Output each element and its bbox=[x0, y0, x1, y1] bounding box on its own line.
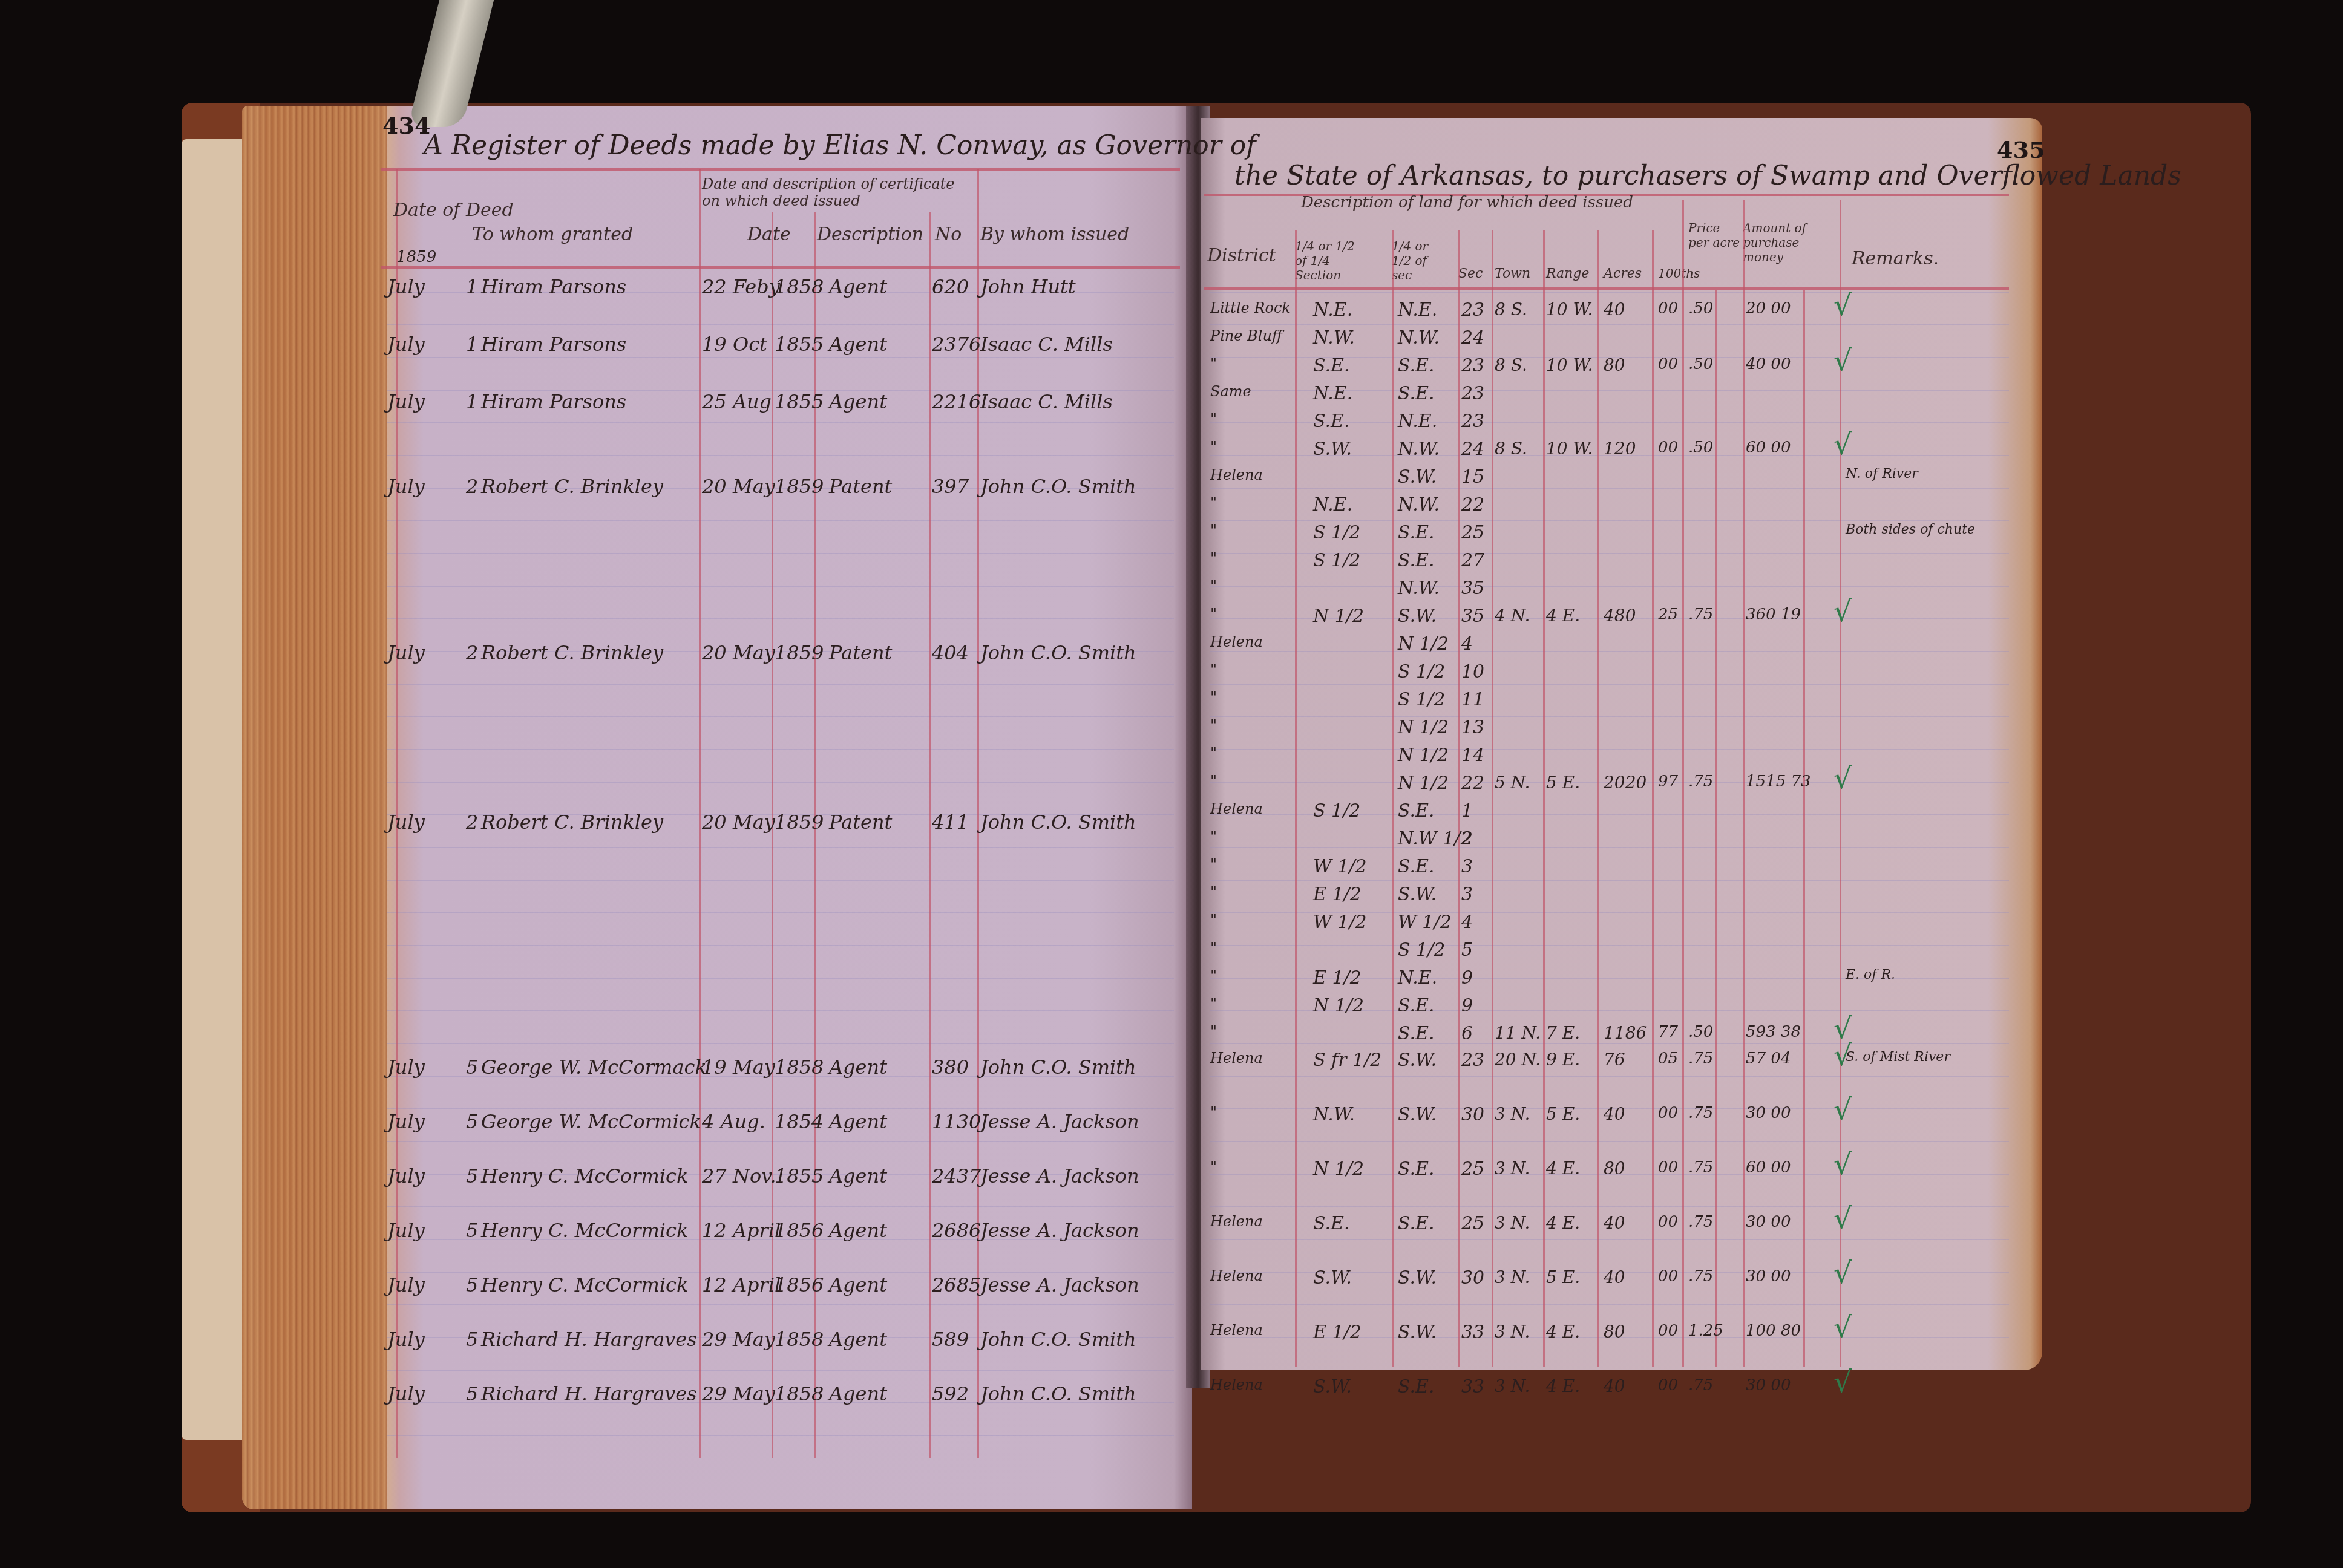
price-per-acre: .75 bbox=[1688, 1213, 1713, 1231]
col-line bbox=[1458, 230, 1460, 1367]
range: 5 E. bbox=[1546, 1104, 1580, 1124]
acres: 40 bbox=[1604, 1267, 1625, 1287]
cert-description: Agent bbox=[829, 1165, 887, 1187]
grantee-name: Hiram Parsons bbox=[481, 390, 626, 413]
deed-day: 5 bbox=[466, 1165, 478, 1187]
district: " bbox=[1210, 494, 1217, 511]
district: " bbox=[1210, 439, 1217, 456]
acres: 1186 bbox=[1604, 1023, 1647, 1043]
cert-number: 2376 bbox=[932, 333, 981, 356]
district: " bbox=[1210, 967, 1217, 984]
quarter-section: N.E. bbox=[1313, 299, 1352, 321]
deed-day: 5 bbox=[466, 1382, 478, 1405]
district: " bbox=[1210, 939, 1217, 956]
quarter-section: N.W. bbox=[1313, 327, 1355, 348]
deed-month: July bbox=[387, 641, 425, 664]
acres-hundredths: 00 bbox=[1658, 1322, 1678, 1340]
section-number: 14 bbox=[1461, 745, 1484, 766]
checkmark-icon: √ bbox=[1833, 762, 1852, 795]
quarter-of-sec: S.E. bbox=[1398, 1376, 1434, 1397]
cert-year: 1855 bbox=[775, 333, 824, 356]
header-no: No bbox=[935, 224, 962, 245]
col-line bbox=[1682, 200, 1684, 1367]
cert-date: 12 April bbox=[702, 1273, 781, 1296]
deed-month: July bbox=[387, 1273, 425, 1296]
section-number: 23 bbox=[1461, 355, 1484, 376]
acres-hundredths: 00 bbox=[1658, 299, 1678, 318]
district: " bbox=[1210, 355, 1217, 372]
quarter-section: S.W. bbox=[1313, 439, 1352, 460]
quarter-section: N.W. bbox=[1313, 1104, 1355, 1125]
quarter-of-sec: S.W. bbox=[1398, 466, 1437, 488]
checkmark-icon: √ bbox=[1833, 428, 1852, 462]
acres-hundredths: 00 bbox=[1658, 1104, 1678, 1122]
acres: 2020 bbox=[1604, 773, 1647, 792]
section-number: 5 bbox=[1461, 939, 1473, 961]
issued-by: John C.O. Smith bbox=[980, 811, 1136, 834]
acres-hundredths: 00 bbox=[1658, 439, 1678, 457]
township: 3 N. bbox=[1495, 1158, 1530, 1178]
checkmark-icon: √ bbox=[1833, 1365, 1852, 1399]
quarter-of-sec: S.E. bbox=[1398, 522, 1434, 543]
deed-month: July bbox=[387, 1382, 425, 1405]
quarter-of-sec: S.W. bbox=[1398, 606, 1437, 627]
col-line bbox=[1743, 200, 1745, 1367]
district: Helena bbox=[1210, 466, 1263, 483]
township: 8 S. bbox=[1495, 439, 1527, 459]
deed-day: 5 bbox=[466, 1219, 478, 1242]
checkmark-icon: √ bbox=[1833, 1148, 1852, 1181]
district: " bbox=[1210, 717, 1217, 734]
cert-number: 592 bbox=[932, 1382, 969, 1405]
header-rule-right bbox=[1204, 287, 2009, 290]
cert-date: 20 May bbox=[702, 475, 775, 498]
acres-hundredths: 97 bbox=[1658, 773, 1678, 791]
header-remarks: Remarks. bbox=[1852, 248, 1939, 269]
range: 5 E. bbox=[1546, 1267, 1580, 1287]
checkmark-icon: √ bbox=[1833, 1093, 1852, 1127]
quarter-of-sec: S.E. bbox=[1398, 1023, 1434, 1044]
acres-hundredths: 05 bbox=[1658, 1050, 1678, 1068]
quarter-of-sec: S.E. bbox=[1398, 856, 1434, 877]
township: 4 N. bbox=[1495, 606, 1530, 626]
township: 5 N. bbox=[1495, 773, 1530, 792]
price-per-acre: .75 bbox=[1688, 1267, 1713, 1285]
acres: 80 bbox=[1604, 1158, 1625, 1178]
grantee-name: Henry C. McCormick bbox=[481, 1273, 688, 1296]
quarter-section: S.E. bbox=[1313, 355, 1349, 376]
remark: N. of River bbox=[1846, 466, 1918, 482]
section-number: 6 bbox=[1461, 1023, 1473, 1044]
quarter-of-sec: N.W. bbox=[1398, 494, 1440, 515]
remark: S. of Mist River bbox=[1846, 1050, 1950, 1065]
grantee-name: Robert C. Brinkley bbox=[481, 641, 663, 664]
price-per-acre: .50 bbox=[1688, 439, 1713, 457]
quarter-section: S fr 1/2 bbox=[1313, 1050, 1381, 1071]
purchase-amount: 30 00 bbox=[1746, 1267, 1791, 1285]
quarter-section: S.W. bbox=[1313, 1267, 1352, 1289]
header-quarter: 1/4 or 1/2 of 1/4 Section bbox=[1295, 239, 1355, 283]
district: " bbox=[1210, 1104, 1217, 1121]
section-number: 3 bbox=[1461, 884, 1473, 905]
section-number: 22 bbox=[1461, 773, 1484, 794]
quarter-of-sec: S.E. bbox=[1398, 1158, 1434, 1180]
purchase-amount: 30 00 bbox=[1746, 1104, 1791, 1122]
header-range: Range bbox=[1546, 266, 1589, 281]
deed-day: 2 bbox=[466, 811, 478, 834]
district: " bbox=[1210, 1158, 1217, 1175]
price-per-acre: .75 bbox=[1688, 1158, 1713, 1177]
quarter-section: S.E. bbox=[1313, 411, 1349, 432]
header-description: Description bbox=[817, 224, 923, 245]
township: 3 N. bbox=[1495, 1213, 1530, 1233]
cert-description: Agent bbox=[829, 1219, 887, 1242]
cert-year: 1855 bbox=[775, 390, 824, 413]
cert-description: Agent bbox=[829, 333, 887, 356]
township: 20 N. bbox=[1495, 1050, 1541, 1070]
page-number-right: 435 bbox=[1997, 136, 2045, 163]
issued-by: Isaac C. Mills bbox=[980, 390, 1113, 413]
district: Helena bbox=[1210, 1267, 1263, 1284]
acres-hundredths: 00 bbox=[1658, 1267, 1678, 1285]
cert-number: 2685 bbox=[932, 1273, 981, 1296]
district: " bbox=[1210, 578, 1217, 595]
left-title: A Register of Deeds made by Elias N. Con… bbox=[424, 130, 1256, 161]
deed-day: 1 bbox=[466, 390, 478, 413]
section-number: 3 bbox=[1461, 856, 1473, 877]
quarter-section: S.E. bbox=[1313, 1213, 1349, 1234]
cert-description: Agent bbox=[829, 1056, 887, 1079]
cert-description: Agent bbox=[829, 1273, 887, 1296]
issued-by: John C.O. Smith bbox=[980, 1328, 1136, 1351]
district: " bbox=[1210, 912, 1217, 929]
range: 4 E. bbox=[1546, 1158, 1580, 1178]
checkmark-icon: √ bbox=[1833, 289, 1852, 322]
cert-date: 12 April bbox=[702, 1219, 781, 1242]
district: " bbox=[1210, 522, 1217, 539]
section-number: 33 bbox=[1461, 1376, 1484, 1397]
district: " bbox=[1210, 606, 1217, 622]
cert-year: 1859 bbox=[775, 641, 824, 664]
remark: E. of R. bbox=[1846, 967, 1895, 982]
section-number: 4 bbox=[1461, 912, 1473, 933]
cert-year: 1854 bbox=[775, 1110, 824, 1133]
section-number: 2 bbox=[1461, 828, 1473, 849]
cert-date: 19 May bbox=[702, 1056, 775, 1079]
acres-hundredths: 77 bbox=[1658, 1023, 1678, 1041]
district: " bbox=[1210, 773, 1217, 789]
purchase-amount: 20 00 bbox=[1746, 299, 1791, 318]
section-number: 25 bbox=[1461, 1213, 1484, 1234]
deed-day: 5 bbox=[466, 1110, 478, 1133]
purchase-amount: 60 00 bbox=[1746, 439, 1791, 457]
header-sec: Sec bbox=[1458, 266, 1483, 281]
page-edges bbox=[242, 106, 387, 1509]
acres: 80 bbox=[1604, 355, 1625, 375]
cert-description: Agent bbox=[829, 1328, 887, 1351]
issued-by: Jesse A. Jackson bbox=[980, 1110, 1139, 1133]
acres-hundredths: 25 bbox=[1658, 606, 1678, 624]
quarter-section: W 1/2 bbox=[1313, 856, 1367, 877]
header-quarter-sec: 1/4 or 1/2 of sec bbox=[1392, 239, 1440, 283]
deed-month: July bbox=[387, 333, 425, 356]
price-per-acre: .50 bbox=[1688, 1023, 1713, 1041]
header-amount: Amount of purchase money bbox=[1743, 221, 1821, 264]
header-cert-group: Date and description of certificate on w… bbox=[702, 175, 974, 209]
section-number: 1 bbox=[1461, 800, 1473, 822]
range: 4 E. bbox=[1546, 606, 1580, 626]
section-number: 24 bbox=[1461, 439, 1484, 460]
col-line bbox=[772, 212, 773, 1458]
quarter-of-sec: S.W. bbox=[1398, 884, 1437, 905]
section-number: 11 bbox=[1461, 689, 1484, 710]
purchase-amount: 40 00 bbox=[1746, 355, 1791, 373]
right-title: the State of Arkansas, to purchasers of … bbox=[1234, 160, 2181, 191]
deed-day: 2 bbox=[466, 475, 478, 498]
quarter-of-sec: W 1/2 bbox=[1398, 912, 1452, 933]
quarter-section: N 1/2 bbox=[1313, 995, 1364, 1016]
township: 8 S. bbox=[1495, 299, 1527, 319]
section-number: 23 bbox=[1461, 299, 1484, 321]
district: Helena bbox=[1210, 633, 1263, 650]
district: " bbox=[1210, 661, 1217, 678]
cert-number: 380 bbox=[932, 1056, 969, 1079]
acres: 40 bbox=[1604, 1104, 1625, 1124]
cert-year: 1858 bbox=[775, 1056, 824, 1079]
range: 4 E. bbox=[1546, 1213, 1580, 1233]
cert-description: Agent bbox=[829, 275, 887, 298]
cert-date: 27 Nov. bbox=[702, 1165, 776, 1187]
cert-year: 1856 bbox=[775, 1219, 824, 1242]
district: " bbox=[1210, 828, 1217, 845]
range: 10 W. bbox=[1546, 439, 1593, 459]
cert-number: 1130 bbox=[932, 1110, 981, 1133]
price-per-acre: .50 bbox=[1688, 355, 1713, 373]
grantee-name: George W. McCormick bbox=[481, 1110, 701, 1133]
district: Helena bbox=[1210, 1213, 1263, 1230]
acres-hundredths: 00 bbox=[1658, 355, 1678, 373]
acres-hundredths: 00 bbox=[1658, 1158, 1678, 1177]
header-date-of-deed: Date of Deed bbox=[393, 200, 514, 221]
acres: 40 bbox=[1604, 1213, 1625, 1233]
cert-year: 1859 bbox=[775, 811, 824, 834]
township: 3 N. bbox=[1495, 1267, 1530, 1287]
deed-day: 5 bbox=[466, 1273, 478, 1296]
col-line bbox=[1597, 230, 1599, 1367]
cert-year: 1856 bbox=[775, 1273, 824, 1296]
issued-by: Jesse A. Jackson bbox=[980, 1219, 1139, 1242]
section-number: 4 bbox=[1461, 633, 1473, 655]
deed-day: 5 bbox=[466, 1056, 478, 1079]
quarter-of-sec: S.E. bbox=[1398, 355, 1434, 376]
acres-hundredths: 00 bbox=[1658, 1376, 1678, 1394]
checkmark-icon: √ bbox=[1833, 1256, 1852, 1290]
col-line bbox=[1803, 290, 1805, 1367]
quarter-of-sec: S.E. bbox=[1398, 1213, 1434, 1234]
section-number: 23 bbox=[1461, 1050, 1484, 1071]
cert-date: 19 Oct bbox=[702, 333, 767, 356]
quarter-of-sec: N 1/2 bbox=[1398, 717, 1449, 738]
grantee-name: Hiram Parsons bbox=[481, 275, 626, 298]
issued-by: John Hutt bbox=[980, 275, 1076, 298]
header-district: District bbox=[1207, 245, 1276, 266]
quarter-of-sec: N 1/2 bbox=[1398, 773, 1449, 794]
purchase-amount: 60 00 bbox=[1746, 1158, 1791, 1177]
cert-date: 29 May bbox=[702, 1382, 775, 1405]
quarter-section: E 1/2 bbox=[1313, 884, 1362, 905]
quarter-of-sec: S.E. bbox=[1398, 800, 1434, 822]
district: " bbox=[1210, 856, 1217, 873]
cert-year: 1858 bbox=[775, 1328, 824, 1351]
range: 7 E. bbox=[1546, 1023, 1580, 1043]
quarter-of-sec: S 1/2 bbox=[1398, 689, 1445, 710]
quarter-of-sec: N.W. bbox=[1398, 439, 1440, 460]
district: " bbox=[1210, 550, 1217, 567]
issued-by: John C.O. Smith bbox=[980, 641, 1136, 664]
cert-description: Patent bbox=[829, 475, 892, 498]
district: Helena bbox=[1210, 800, 1263, 817]
quarter-of-sec: N.W. bbox=[1398, 578, 1440, 599]
quarter-of-sec: N.E. bbox=[1398, 967, 1437, 988]
grantee-name: Richard H. Hargraves bbox=[481, 1382, 697, 1405]
quarter-section: E 1/2 bbox=[1313, 967, 1362, 988]
col-line bbox=[1392, 230, 1394, 1367]
grantee-name: Robert C. Brinkley bbox=[481, 475, 663, 498]
header-by-whom: By whom issued bbox=[980, 224, 1129, 245]
grantee-name: Henry C. McCormick bbox=[481, 1219, 688, 1242]
header-grantee: To whom granted bbox=[472, 224, 633, 245]
issued-by: Jesse A. Jackson bbox=[980, 1165, 1139, 1187]
district: Helena bbox=[1210, 1322, 1263, 1339]
deed-month: July bbox=[387, 811, 425, 834]
quarter-of-sec: N.E. bbox=[1398, 299, 1437, 321]
quarter-of-sec: S 1/2 bbox=[1398, 939, 1445, 961]
deed-month: July bbox=[387, 1328, 425, 1351]
header-land-group: Description of land for which deed issue… bbox=[1301, 194, 1633, 212]
district: Pine Bluff bbox=[1210, 327, 1282, 344]
section-number: 13 bbox=[1461, 717, 1484, 738]
district: " bbox=[1210, 995, 1217, 1012]
township: 3 N. bbox=[1495, 1104, 1530, 1124]
purchase-amount: 593 38 bbox=[1746, 1023, 1801, 1041]
header-town: Town bbox=[1495, 266, 1530, 281]
range: 4 E. bbox=[1546, 1376, 1580, 1396]
quarter-of-sec: N.E. bbox=[1398, 411, 1437, 432]
section-number: 15 bbox=[1461, 466, 1484, 488]
district: " bbox=[1210, 411, 1217, 428]
deed-month: July bbox=[387, 1056, 425, 1079]
range: 5 E. bbox=[1546, 773, 1580, 792]
issued-by: John C.O. Smith bbox=[980, 1382, 1136, 1405]
deed-day: 5 bbox=[466, 1328, 478, 1351]
cert-date: 20 May bbox=[702, 811, 775, 834]
township: 3 N. bbox=[1495, 1322, 1530, 1342]
cert-number: 589 bbox=[932, 1328, 969, 1351]
section-number: 9 bbox=[1461, 967, 1473, 988]
issued-by: Isaac C. Mills bbox=[980, 333, 1113, 356]
township: 3 N. bbox=[1495, 1376, 1530, 1396]
acres: 40 bbox=[1604, 299, 1625, 319]
price-per-acre: .75 bbox=[1688, 606, 1713, 624]
cert-date: 25 Aug bbox=[702, 390, 772, 413]
deed-month: July bbox=[387, 275, 425, 298]
col-line bbox=[929, 212, 931, 1458]
price-per-acre: .75 bbox=[1688, 773, 1713, 791]
district: " bbox=[1210, 1023, 1217, 1040]
grantee-name: Hiram Parsons bbox=[481, 333, 626, 356]
deed-day: 1 bbox=[466, 275, 478, 298]
cert-description: Agent bbox=[829, 1110, 887, 1133]
section-number: 22 bbox=[1461, 494, 1484, 515]
quarter-of-sec: S.E. bbox=[1398, 995, 1434, 1016]
quarter-section: S 1/2 bbox=[1313, 550, 1360, 571]
quarter-of-sec: S.W. bbox=[1398, 1322, 1437, 1343]
section-number: 24 bbox=[1461, 327, 1484, 348]
checkmark-icon: √ bbox=[1833, 1039, 1852, 1073]
cert-number: 620 bbox=[932, 275, 969, 298]
quarter-of-sec: N 1/2 bbox=[1398, 745, 1449, 766]
quarter-of-sec: S.W. bbox=[1398, 1050, 1437, 1071]
issued-by: John C.O. Smith bbox=[980, 1056, 1136, 1079]
cert-description: Agent bbox=[829, 1382, 887, 1405]
col-line bbox=[1543, 230, 1545, 1367]
deed-month: July bbox=[387, 390, 425, 413]
col-line bbox=[1715, 290, 1717, 1367]
quarter-of-sec: S.E. bbox=[1398, 383, 1434, 404]
col-line bbox=[1652, 230, 1654, 1367]
quarter-of-sec: S.W. bbox=[1398, 1104, 1437, 1125]
price-per-acre: .75 bbox=[1688, 1376, 1713, 1394]
cert-date: 22 Feby bbox=[702, 275, 780, 298]
header-rule bbox=[381, 266, 1180, 269]
price-per-acre: .75 bbox=[1688, 1104, 1713, 1122]
header-price: Price per acre bbox=[1688, 221, 1743, 250]
price-per-acre: .75 bbox=[1688, 1050, 1713, 1068]
quarter-of-sec: S 1/2 bbox=[1398, 661, 1445, 682]
cert-year: 1858 bbox=[775, 1382, 824, 1405]
district: " bbox=[1210, 745, 1217, 762]
deed-month: July bbox=[387, 475, 425, 498]
acres: 76 bbox=[1604, 1050, 1625, 1070]
deed-month: July bbox=[387, 1219, 425, 1242]
deed-day: 2 bbox=[466, 641, 478, 664]
cert-number: 397 bbox=[932, 475, 969, 498]
district: Little Rock bbox=[1210, 299, 1291, 316]
col-line bbox=[699, 169, 701, 1458]
quarter-of-sec: S.W. bbox=[1398, 1267, 1437, 1289]
section-number: 25 bbox=[1461, 522, 1484, 543]
acres: 80 bbox=[1604, 1322, 1625, 1342]
cert-description: Patent bbox=[829, 641, 892, 664]
cert-description: Patent bbox=[829, 811, 892, 834]
section-number: 10 bbox=[1461, 661, 1484, 682]
header-date: Date bbox=[747, 224, 791, 245]
cert-number: 404 bbox=[932, 641, 969, 664]
cert-date: 4 Aug. bbox=[702, 1110, 765, 1133]
col-line bbox=[977, 169, 979, 1458]
township: 11 N. bbox=[1495, 1023, 1541, 1043]
deed-month: July bbox=[387, 1165, 425, 1187]
price-per-acre: 1.25 bbox=[1688, 1322, 1723, 1340]
year-label: 1859 bbox=[396, 248, 436, 266]
grantee-name: Robert C. Brinkley bbox=[481, 811, 663, 834]
purchase-amount: 360 19 bbox=[1746, 606, 1801, 624]
quarter-of-sec: N.W. bbox=[1398, 327, 1440, 348]
section-number: 35 bbox=[1461, 578, 1484, 599]
cert-number: 411 bbox=[932, 811, 969, 834]
checkmark-icon: √ bbox=[1833, 595, 1852, 629]
section-number: 35 bbox=[1461, 606, 1484, 627]
